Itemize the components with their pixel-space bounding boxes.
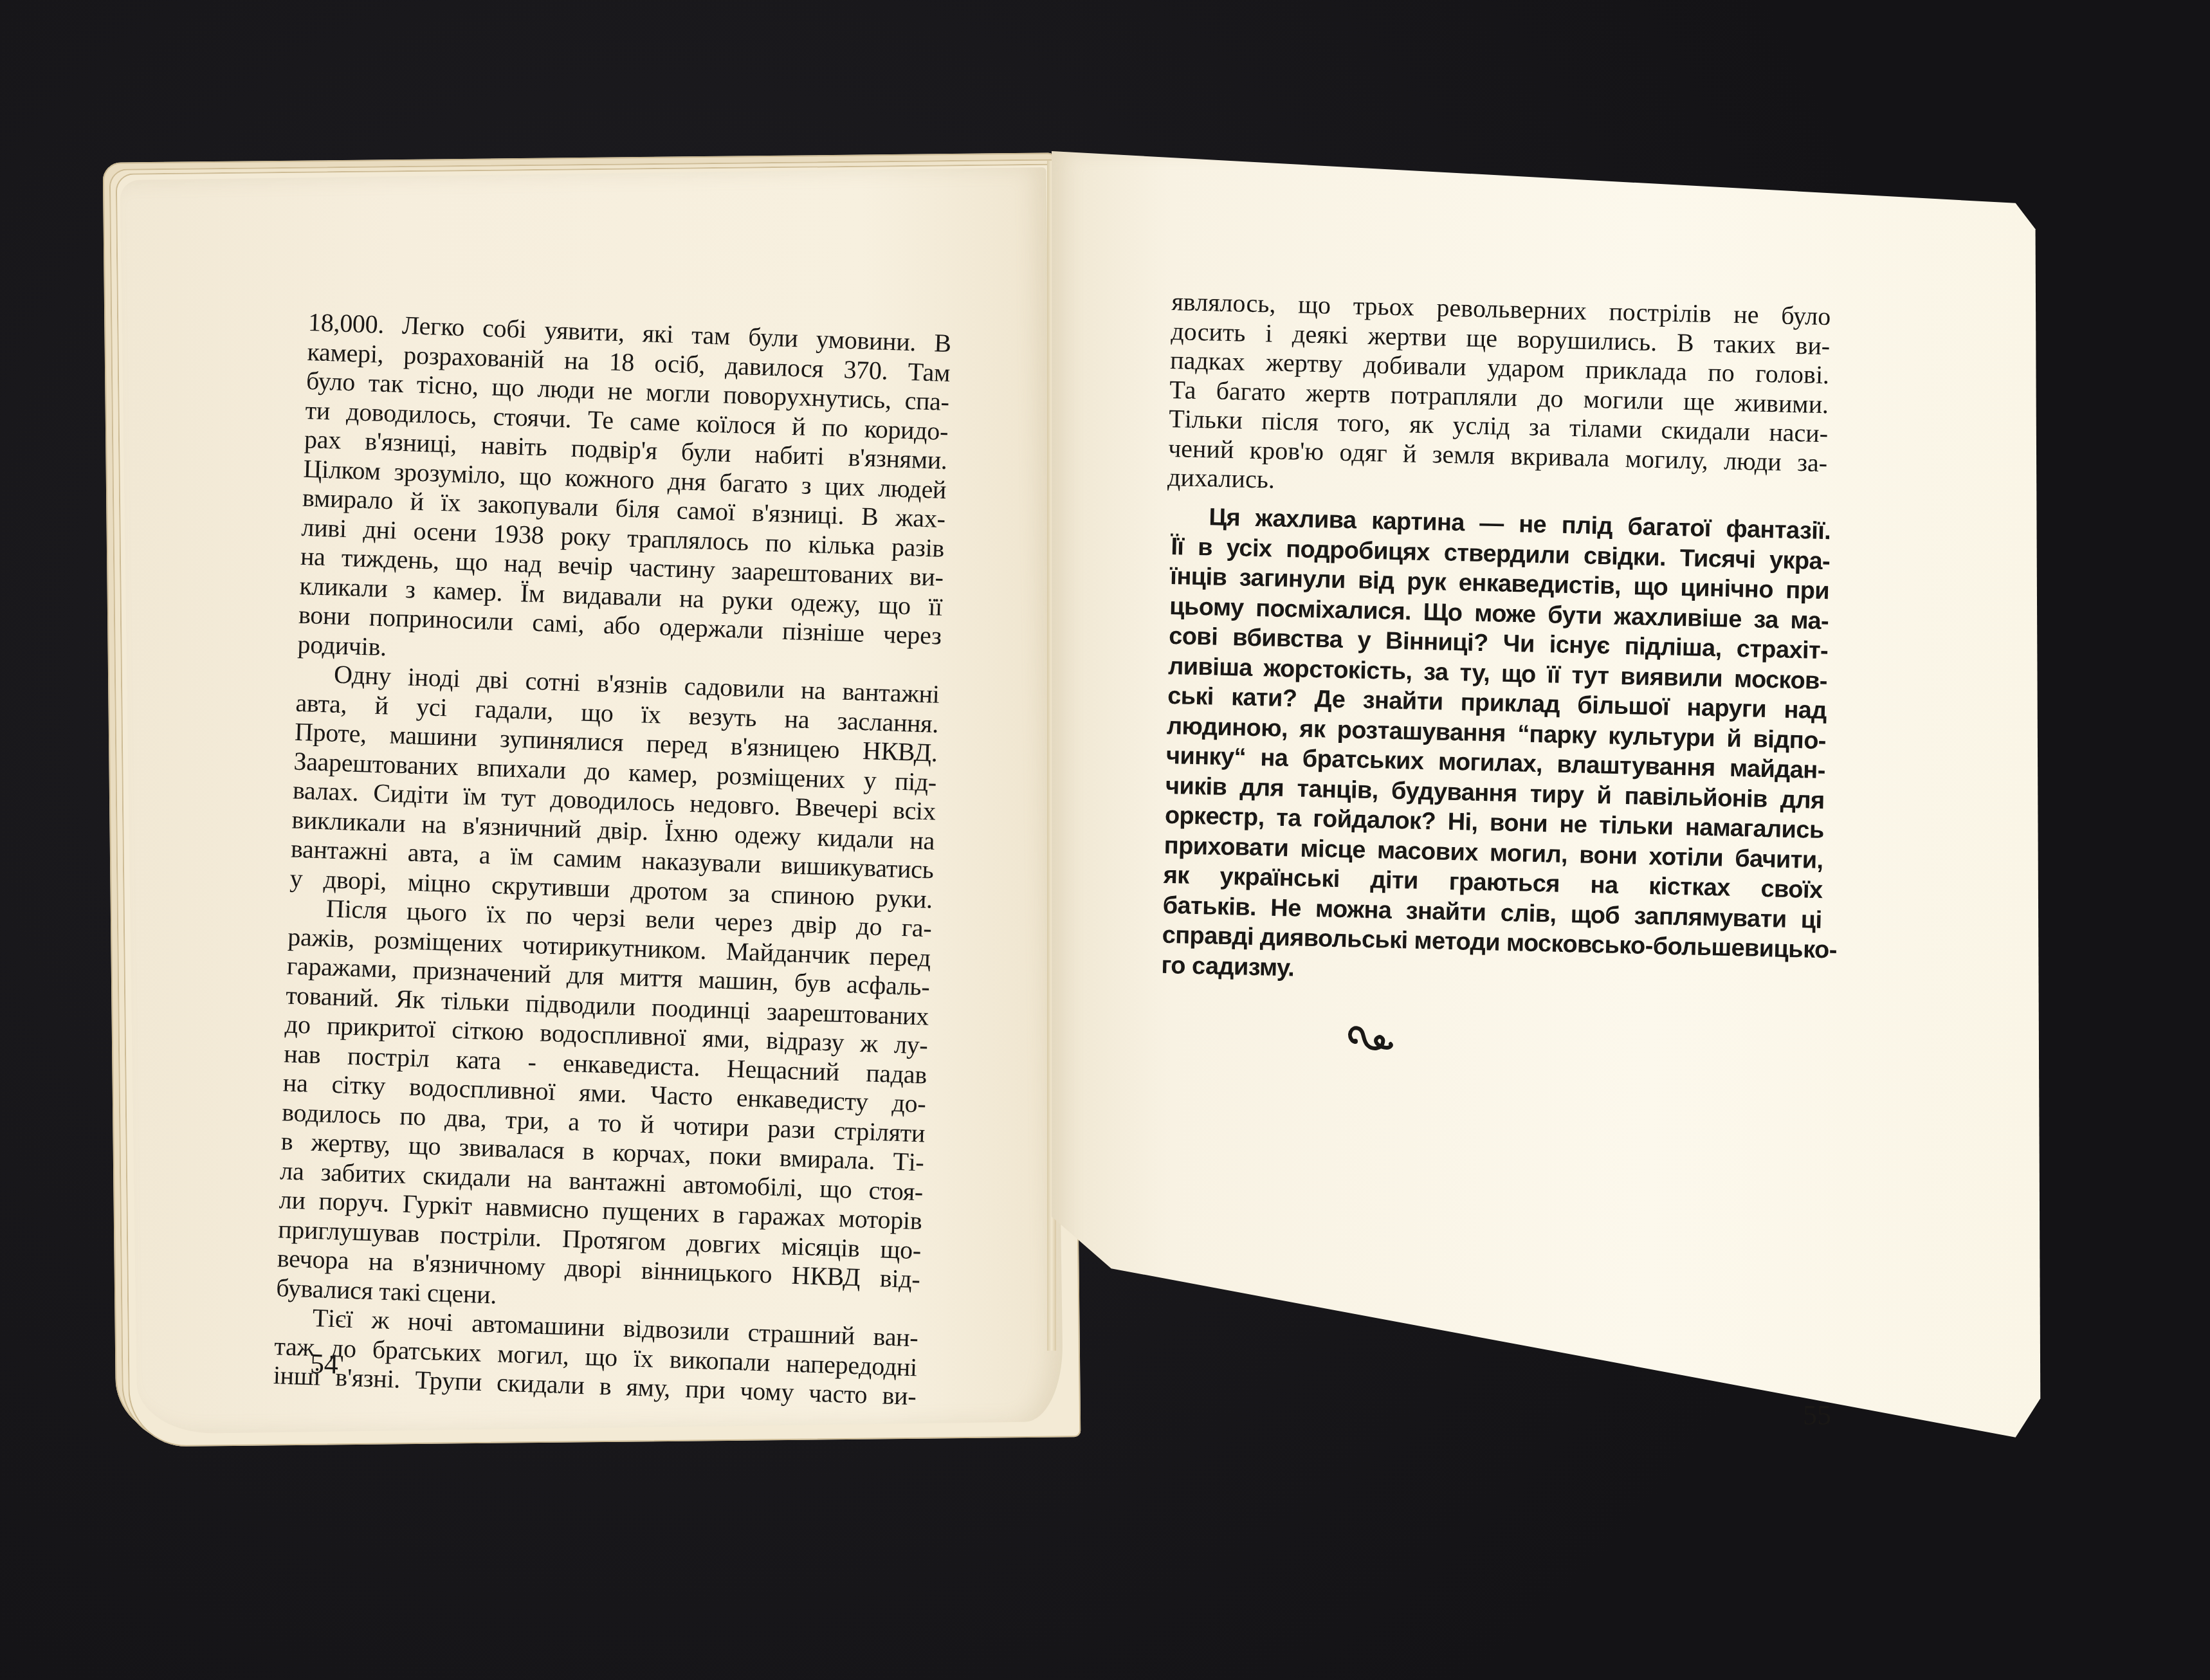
left-page-body: 18,000. Легко собі уявити, які там були … [273, 307, 951, 1411]
open-book: 18,000. Легко собі уявити, які там були … [0, 0, 2210, 1680]
right-page-body-serif: являлось, що трьох револьверних пострілі… [1167, 287, 1831, 507]
flourish-ornament-icon [1344, 1019, 1396, 1058]
page-number-right: 55 [1803, 1399, 1831, 1432]
right-page-body-sans: Ця жахлива картина — не плід багатої фан… [1161, 502, 1831, 995]
page-number-left: 54 [309, 1347, 338, 1380]
